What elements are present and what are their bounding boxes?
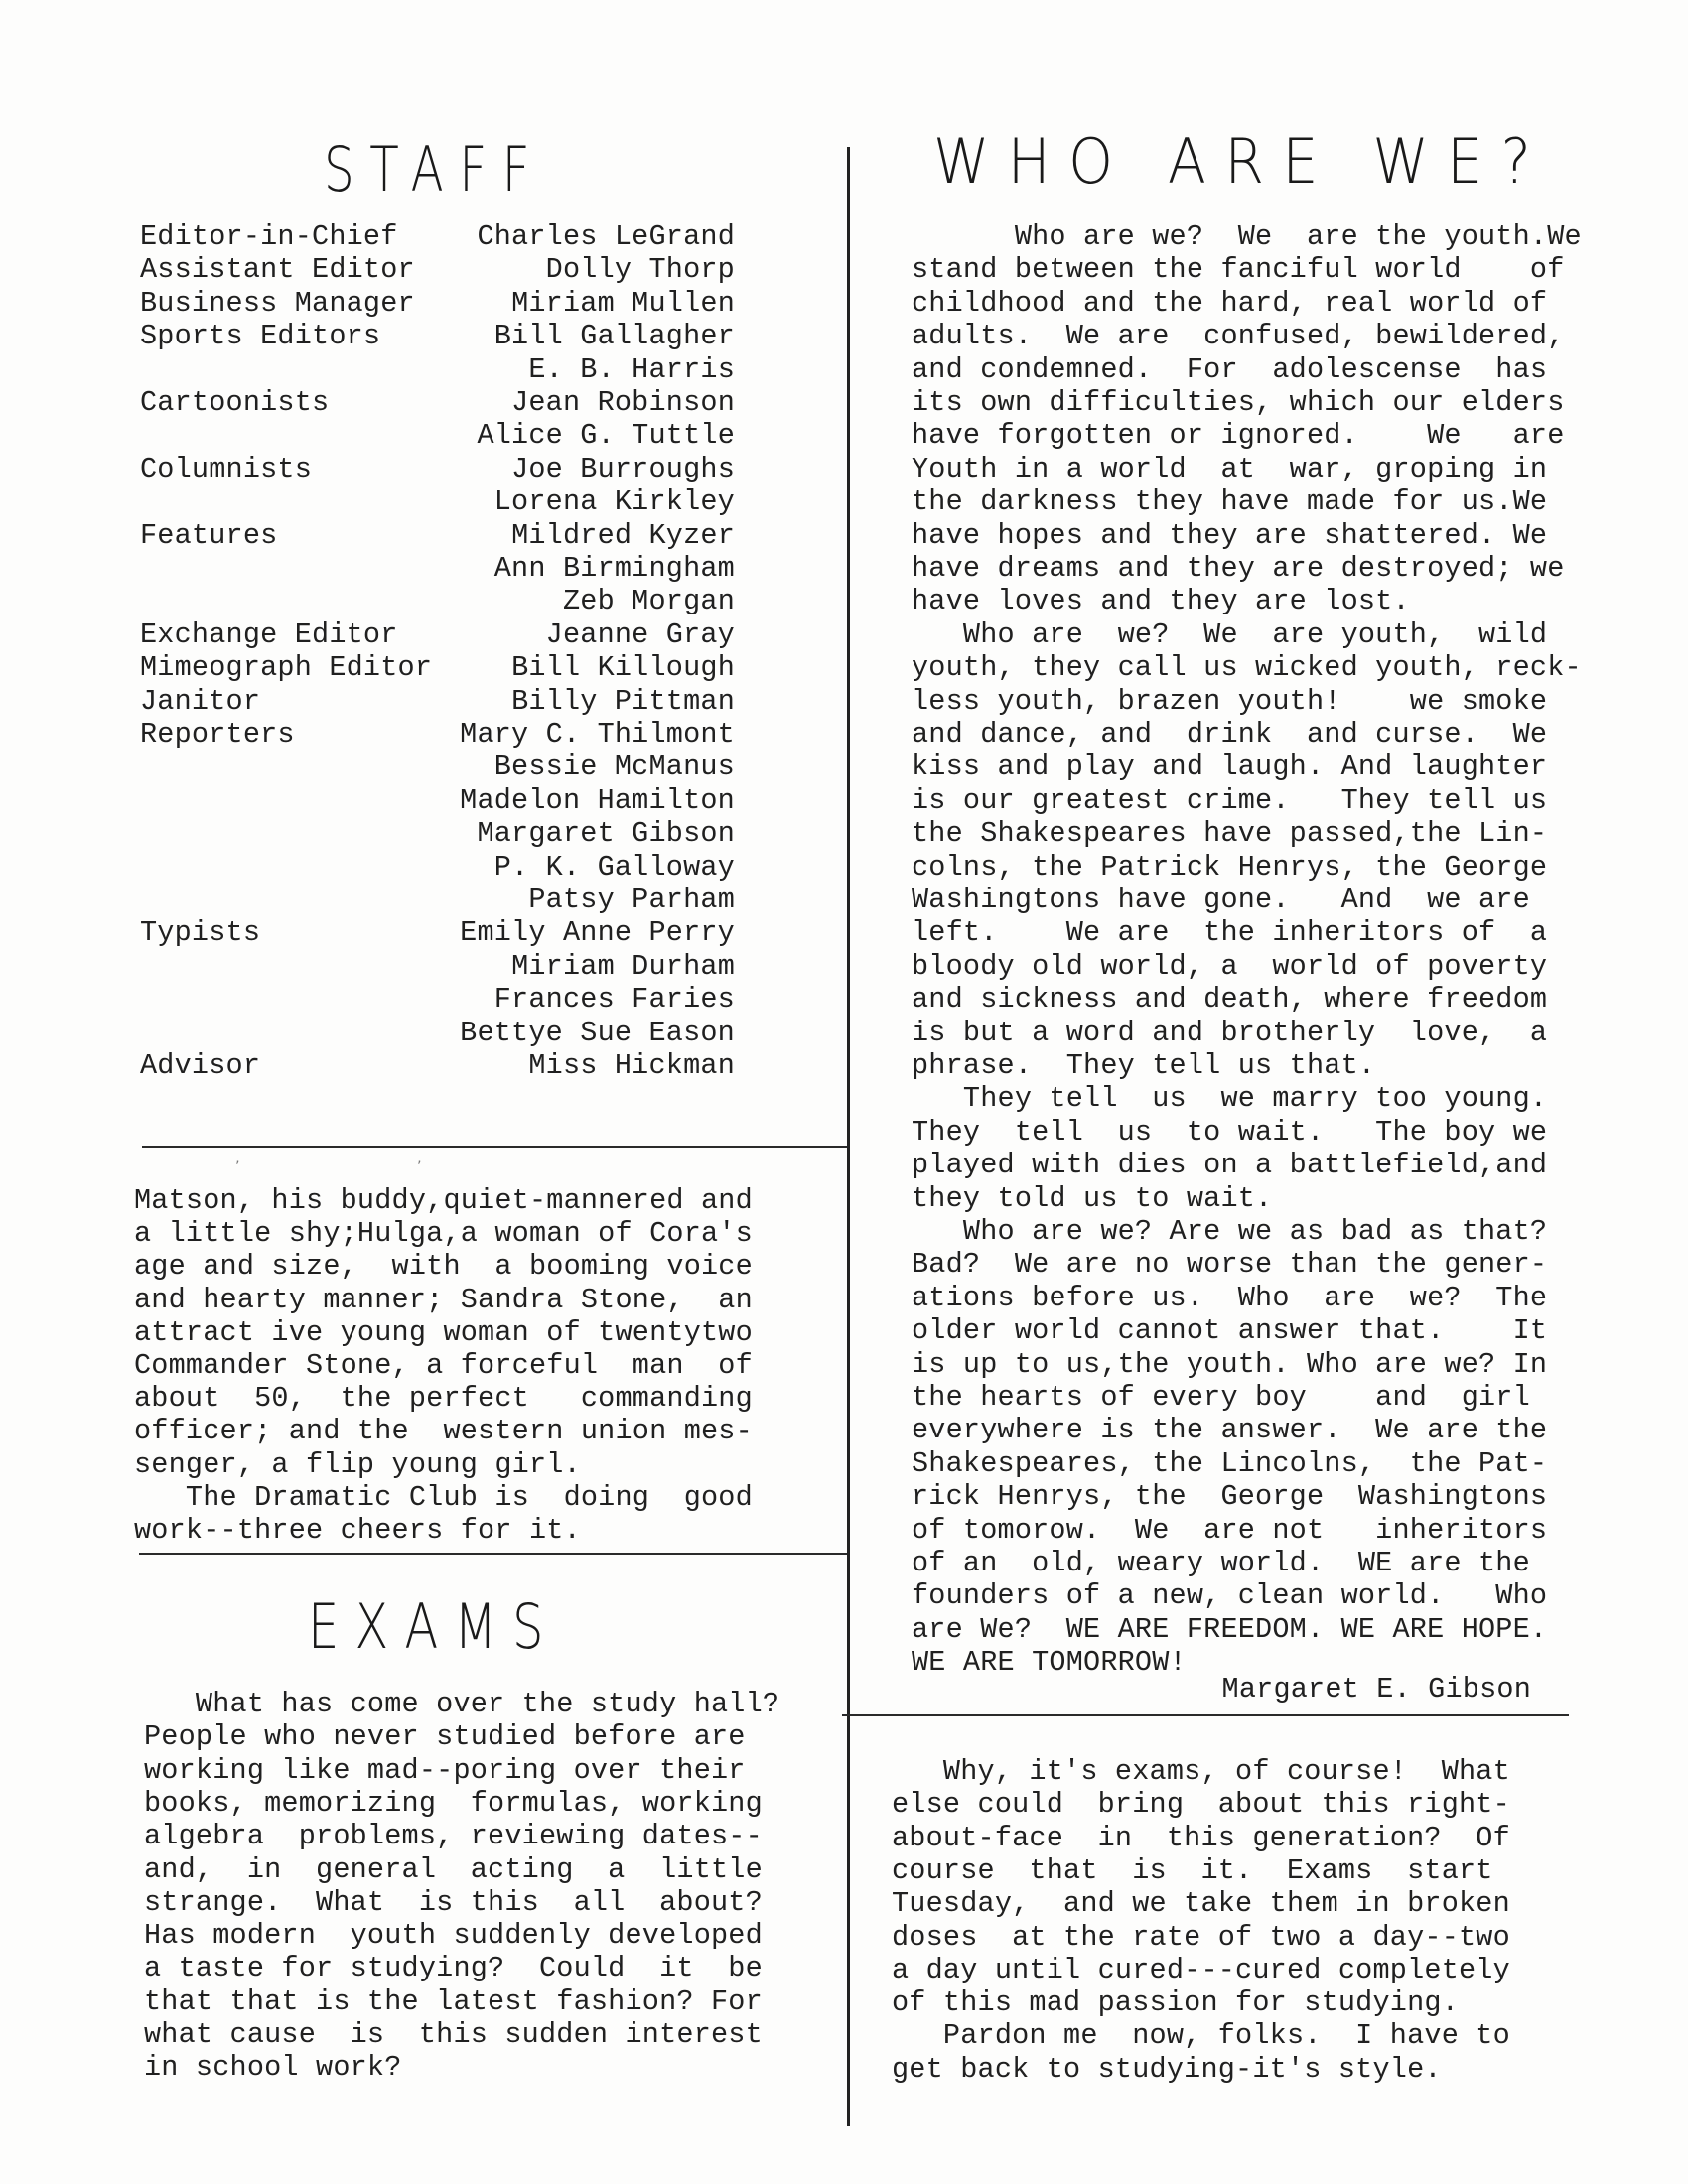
article-line: Has modern youth suddenly developed: [144, 1919, 763, 1952]
staff-name: Mary C. Thilmont: [460, 718, 735, 751]
article-line: Matson, his buddy,quiet-mannered and: [134, 1184, 753, 1217]
article-line: they told us to wait.: [912, 1182, 1272, 1215]
article-line: colns, the Patrick Henrys, the George: [912, 851, 1547, 884]
staff-role: Exchange Editor: [140, 618, 398, 651]
staff-role: Cartoonists: [140, 386, 329, 419]
staff-heading: STAFF: [324, 133, 545, 205]
article-line: and sickness and death, where freedom: [912, 983, 1547, 1016]
staff-role: Typists: [140, 916, 260, 949]
staff-name: Zeb Morgan: [563, 585, 735, 617]
article-line: is our greatest crime. They tell us: [912, 784, 1547, 817]
article-line: else could bring about this right-: [892, 1788, 1510, 1821]
who-are-we-heading: WHO ARE WE?: [933, 125, 1549, 198]
exams-heading: EXAMS: [308, 1590, 560, 1663]
staff-name: Miriam Durham: [511, 950, 735, 983]
article-line: Youth in a world at war, groping in: [912, 453, 1547, 485]
staff-role: Editor-in-Chief: [140, 220, 398, 253]
staff-name: Jean Robinson: [511, 386, 735, 419]
ink-mark: ’: [417, 1160, 421, 1175]
article-line: Shakespeares, the Lincolns, the Pat-: [912, 1447, 1547, 1480]
article-line: in school work?: [144, 2051, 402, 2084]
article-line: People who never studied before are: [144, 1720, 746, 1753]
article-line: Commander Stone, a forceful man of: [134, 1349, 753, 1382]
article-line: have hopes and they are shattered. We: [912, 519, 1547, 552]
article-line: the hearts of every boy and girl: [912, 1381, 1530, 1414]
staff-name: P. K. Galloway: [494, 851, 735, 884]
article-line: and hearty manner; Sandra Stone, an: [134, 1284, 753, 1316]
article-line: strange. What is this all about?: [144, 1886, 763, 1919]
article-line: ations before us. Who are we? The: [912, 1282, 1547, 1314]
article-line: have loves and they are lost.: [912, 585, 1410, 617]
article-line: of an old, weary world. WE are the: [912, 1547, 1530, 1579]
article-line: Why, it's exams, of course! What: [892, 1755, 1510, 1788]
staff-name: Frances Faries: [494, 983, 735, 1016]
article-line: the darkness they have made for us.We: [912, 485, 1547, 518]
article-line: is up to us,the youth. Who are we? In: [912, 1348, 1547, 1381]
staff-name: Dolly Thorp: [546, 253, 735, 286]
staff-name: Emily Anne Perry: [460, 916, 735, 949]
staff-section-divider: [142, 1146, 847, 1148]
article-line: get back to studying-it's style.: [892, 2053, 1442, 2086]
article-line: They tell us we marry too young.: [912, 1082, 1547, 1115]
article-line: doses at the rate of two a day--two: [892, 1921, 1510, 1954]
article-line: senger, a flip young girl.: [134, 1448, 581, 1481]
article-line: The Dramatic Club is doing good: [134, 1481, 753, 1514]
article-line: Who are we? We are the youth.We: [912, 220, 1582, 253]
article-line: books, memorizing formulas, working: [144, 1787, 763, 1820]
article-line: less youth, brazen youth! we smoke: [912, 685, 1547, 718]
article-line: childhood and the hard, real world of: [912, 287, 1547, 320]
article-line: and dance, and drink and curse. We: [912, 718, 1547, 751]
article-line: are We? WE ARE FREEDOM. WE ARE HOPE.: [912, 1613, 1547, 1646]
article-line: a taste for studying? Could it be: [144, 1952, 763, 1984]
staff-role: Assistant Editor: [140, 253, 415, 286]
staff-name: Joe Burroughs: [511, 453, 735, 485]
newspaper-page: STAFF WHO ARE WE? EXAMS Editor-in-ChiefC…: [0, 0, 1688, 2184]
article-line: bloody old world, a world of poverty: [912, 950, 1547, 983]
article-line: and, in general acting a little: [144, 1853, 763, 1886]
staff-name: Ann Birmingham: [494, 552, 735, 585]
staff-name: Lorena Kirkley: [494, 485, 735, 518]
staff-role: Advisor: [140, 1049, 260, 1082]
article-line: have forgotten or ignored. We are: [912, 419, 1565, 452]
article-line: They tell us to wait. The boy we: [912, 1116, 1547, 1149]
article-line: a day until cured---cured completely: [892, 1954, 1510, 1986]
article-line: kiss and play and laugh. And laughter: [912, 751, 1547, 783]
staff-name: Miriam Mullen: [511, 287, 735, 320]
article-line: work--three cheers for it.: [134, 1514, 581, 1547]
staff-role: Columnists: [140, 453, 312, 485]
article-line: that that is the latest fashion? For: [144, 1985, 763, 2018]
staff-name: Alice G. Tuttle: [477, 419, 735, 452]
article-line: officer; and the western union mes-: [134, 1415, 753, 1447]
article-line: have dreams and they are destroyed; we: [912, 552, 1565, 585]
article-line: WE ARE TOMORROW!: [912, 1646, 1187, 1679]
staff-name: Margaret Gibson: [477, 817, 735, 850]
article-line: Who are we? We are youth, wild: [912, 618, 1547, 651]
article-line: about 50, the perfect commanding: [134, 1382, 753, 1415]
article-line: rick Henrys, the George Washingtons: [912, 1480, 1547, 1513]
article-line: about-face in this generation? Of: [892, 1822, 1510, 1854]
staff-name: Bessie McManus: [494, 751, 735, 783]
article-line: phrase. They tell us that.: [912, 1049, 1375, 1082]
staff-name: E. B. Harris: [528, 353, 735, 386]
article-line: What has come over the study hall?: [144, 1688, 779, 1720]
article-line: older world cannot answer that. It: [912, 1314, 1547, 1347]
article-line: youth, they call us wicked youth, reck-: [912, 651, 1582, 684]
dramatic-club-section-divider: [139, 1553, 847, 1555]
article-line: stand between the fanciful world of: [912, 253, 1565, 286]
article-line: its own difficulties, which our elders: [912, 386, 1565, 419]
staff-name: Patsy Parham: [528, 884, 735, 916]
article-signature: Margaret E. Gibson: [1222, 1673, 1531, 1706]
staff-role: Business Manager: [140, 287, 415, 320]
article-line: Bad? We are no worse than the gener-: [912, 1248, 1547, 1281]
article-line: and condemned. For adolescense has: [912, 353, 1547, 386]
staff-role: Reporters: [140, 718, 295, 751]
article-line: a little shy;Hulga,a woman of Cora's: [134, 1217, 753, 1250]
staff-role: Features: [140, 519, 277, 552]
article-line: left. We are the inheritors of a: [912, 916, 1547, 949]
staff-name: Bill Gallagher: [494, 320, 735, 352]
staff-role: Mimeograph Editor: [140, 651, 432, 684]
article-line: played with dies on a battlefield,and: [912, 1149, 1547, 1181]
article-line: attract ive young woman of twentytwo: [134, 1316, 753, 1349]
article-line: is but a word and brotherly love, a: [912, 1017, 1547, 1049]
article-line: Tuesday, and we take them in broken: [892, 1887, 1510, 1920]
staff-role: Janitor: [140, 685, 260, 718]
staff-name: Billy Pittman: [511, 685, 735, 718]
staff-name: Miss Hickman: [528, 1049, 735, 1082]
article-line: the Shakespeares have passed,the Lin-: [912, 817, 1547, 850]
article-line: everywhere is the answer. We are the: [912, 1414, 1547, 1446]
column-divider: [847, 147, 850, 2126]
article-line: algebra problems, reviewing dates--: [144, 1820, 763, 1852]
staff-role: Sports Editors: [140, 320, 380, 352]
staff-name: Jeanne Gray: [546, 618, 735, 651]
staff-name: Bettye Sue Eason: [460, 1017, 735, 1049]
article-line: Who are we? Are we as bad as that?: [912, 1215, 1547, 1248]
article-line: founders of a new, clean world. Who: [912, 1579, 1547, 1612]
article-line: of this mad passion for studying.: [892, 1986, 1459, 2019]
staff-name: Mildred Kyzer: [511, 519, 735, 552]
article-line: what cause is this sudden interest: [144, 2018, 763, 2051]
who-are-we-section-divider: [842, 1714, 1569, 1716]
staff-name: Charles LeGrand: [477, 220, 735, 253]
article-line: of tomorow. We are not inheritors: [912, 1514, 1547, 1547]
ink-mark: ’: [235, 1160, 239, 1175]
article-line: adults. We are confused, bewildered,: [912, 320, 1565, 352]
staff-name: Bill Killough: [511, 651, 735, 684]
article-line: Washingtons have gone. And we are: [912, 884, 1530, 916]
article-line: Pardon me now, folks. I have to: [892, 2019, 1510, 2052]
article-line: course that is it. Exams start: [892, 1854, 1493, 1887]
article-line: age and size, with a booming voice: [134, 1250, 753, 1283]
article-line: working like mad--poring over their: [144, 1754, 746, 1787]
staff-name: Madelon Hamilton: [460, 784, 735, 817]
